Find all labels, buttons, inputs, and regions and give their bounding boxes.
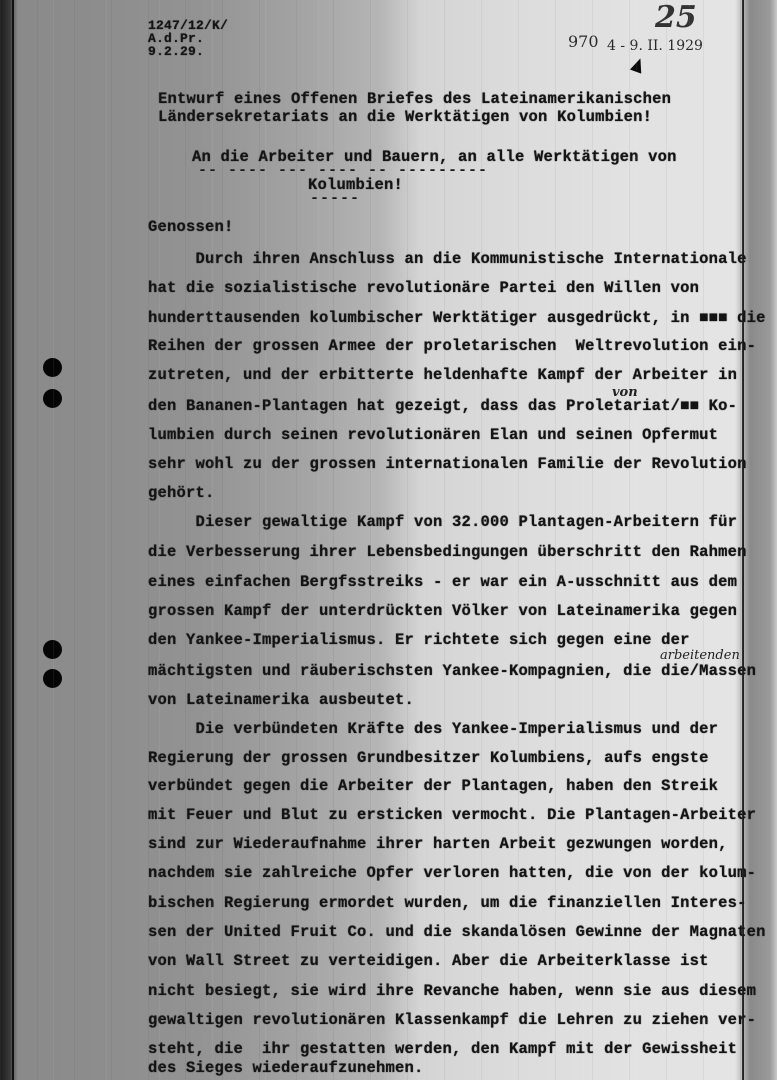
- body-line: nicht besiegt, sie wird ihre Revanche ha…: [148, 982, 756, 1000]
- body-line: mit Feuer und Blut zu ersticken vermocht…: [148, 806, 756, 824]
- body-line: bischen Regierung ermordet wurden, um di…: [148, 894, 747, 912]
- punch-hole: [43, 669, 62, 688]
- body-line: Dieser gewaltige Kampf von 32.000 Planta…: [148, 513, 737, 531]
- body-line: zutreten, und der erbitterte heldenhafte…: [148, 366, 737, 384]
- title-line-2: Ländersekretariats an die Werktätigen vo…: [158, 108, 652, 126]
- punch-hole: [43, 389, 62, 408]
- body-line: hat die sozialistische revolutionäre Par…: [148, 279, 699, 297]
- handwritten-page-number: 25: [655, 0, 697, 35]
- body-line: den Yankee-Imperialismus. Er richtete si…: [148, 631, 690, 649]
- body-line: Reihen der grossen Armee der proletarisc…: [148, 337, 756, 355]
- body-line: steht, die ihr gestatten werden, den Kam…: [148, 1040, 737, 1058]
- body-line: die Verbesserung ihrer Lebensbedingungen…: [148, 543, 747, 561]
- ink-mark: [630, 56, 646, 73]
- salutation: Genossen!: [148, 218, 234, 236]
- stamp-date: 4 - 9. II. 1929: [607, 38, 703, 54]
- stamp-number: 970: [568, 32, 599, 51]
- body-line: Durch ihren Anschluss an die Kommunistis…: [148, 250, 747, 268]
- punch-hole: [43, 640, 62, 659]
- body-line: Regierung der grossen Grundbesitzer Kolu…: [148, 749, 709, 767]
- body-line: von Lateinamerika ausbeutet.: [148, 691, 414, 709]
- body-line: hunderttausenden kolumbischer Werktätige…: [148, 309, 766, 327]
- body-line: mächtigsten und räuberischsten Yankee-Ko…: [148, 662, 756, 680]
- scanned-document-page: 1247/12/K/ A.d.Pr. 9.2.29. 25 970 4 - 9.…: [0, 0, 777, 1080]
- body-line: Die verbündeten Kräfte des Yankee-Imperi…: [148, 720, 718, 738]
- right-page-edge: [742, 0, 744, 1080]
- body-line: von Wall Street zu verteidigen. Aber die…: [148, 952, 709, 970]
- body-line: gehört.: [148, 484, 215, 502]
- handwritten-insertion: arbeitenden: [660, 648, 740, 663]
- body-line: gewaltigen revolutionären Klassenkampf d…: [148, 1011, 756, 1029]
- title-line-1: Entwurf eines Offenen Briefes des Latein…: [158, 90, 671, 108]
- left-page-edge: [12, 0, 14, 1080]
- body-line: sen der United Fruit Co. und die skandal…: [148, 923, 766, 941]
- reference-date: 9.2.29.: [148, 46, 204, 58]
- body-line: nachdem sie zahlreiche Opfer verloren ha…: [148, 864, 756, 882]
- punch-hole: [43, 358, 62, 377]
- body-line: sind zur Wiederaufnahme ihrer harten Arb…: [148, 835, 728, 853]
- body-line: lumbien durch seinen revolutionären Elan…: [148, 426, 718, 444]
- body-line: grossen Kampf der unterdrückten Völker v…: [148, 602, 737, 620]
- body-line: verbündet gegen die Arbeiter der Plantag…: [148, 777, 718, 795]
- body-line: des Sieges wiederaufzunehmen.: [148, 1059, 424, 1077]
- body-line: eines einfachen Bergfsstreiks - er war e…: [148, 573, 737, 591]
- insertion-von: von: [612, 385, 638, 400]
- body-line: den Bananen-Plantagen hat gezeigt, dass …: [148, 397, 737, 415]
- body-line: sehr wohl zu der grossen internationalen…: [148, 455, 747, 473]
- underline-dashes: -----: [310, 190, 360, 207]
